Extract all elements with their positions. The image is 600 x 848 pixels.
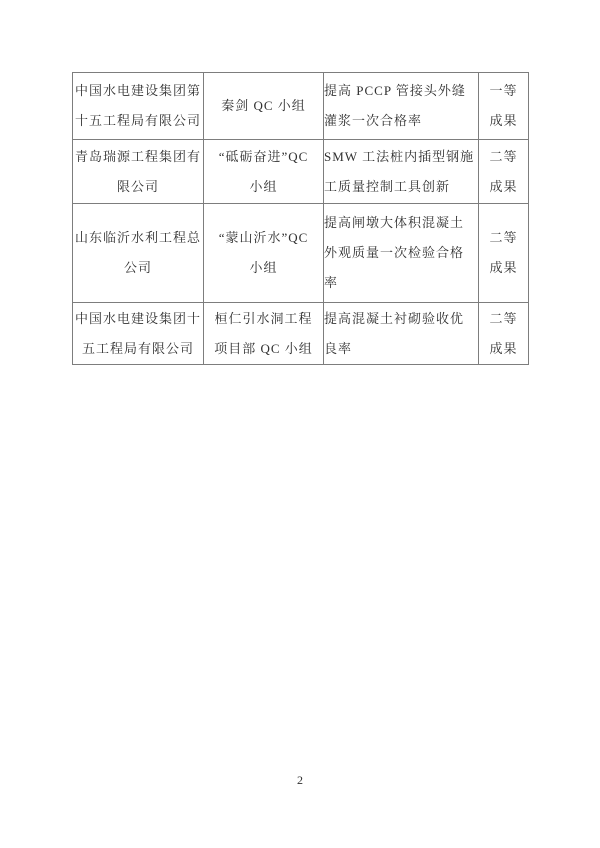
company-cell: 山东临沂水利工程总 公司 [73,204,204,303]
achievement-cell: 提高闸墩大体积混凝土 外观质量一次检验合格 率 [324,204,479,303]
document-page: 中国水电建设集团第 十五工程局有限公司 秦剑 QC 小组 提高 PCCP 管接头… [0,0,600,848]
qc-group-cell: “蒙山沂水”QC 小组 [204,204,324,303]
grade-cell: 二等 成果 [479,204,529,303]
company-cell: 中国水电建设集团第 十五工程局有限公司 [73,73,204,140]
page-number: 2 [0,772,600,788]
table-row: 中国水电建设集团十 五工程局有限公司 桓仁引水洞工程 项目部 QC 小组 提高混… [73,303,529,365]
table-row: 山东临沂水利工程总 公司 “蒙山沂水”QC 小组 提高闸墩大体积混凝土 外观质量… [73,204,529,303]
achievement-cell: 提高 PCCP 管接头外缝 灌浆一次合格率 [324,73,479,140]
table-row: 青岛瑞源工程集团有 限公司 “砥砺奋进”QC 小组 SMW 工法桩内插型钢施 工… [73,140,529,204]
qc-group-cell: 秦剑 QC 小组 [204,73,324,140]
achievement-cell: 提高混凝土衬砌验收优 良率 [324,303,479,365]
company-cell: 青岛瑞源工程集团有 限公司 [73,140,204,204]
company-cell: 中国水电建设集团十 五工程局有限公司 [73,303,204,365]
grade-cell: 二等 成果 [479,140,529,204]
table-row: 中国水电建设集团第 十五工程局有限公司 秦剑 QC 小组 提高 PCCP 管接头… [73,73,529,140]
grade-cell: 一等 成果 [479,73,529,140]
qc-group-cell: 桓仁引水洞工程 项目部 QC 小组 [204,303,324,365]
achievement-cell: SMW 工法桩内插型钢施 工质量控制工具创新 [324,140,479,204]
qc-results-table: 中国水电建设集团第 十五工程局有限公司 秦剑 QC 小组 提高 PCCP 管接头… [72,72,529,365]
grade-cell: 二等 成果 [479,303,529,365]
qc-group-cell: “砥砺奋进”QC 小组 [204,140,324,204]
